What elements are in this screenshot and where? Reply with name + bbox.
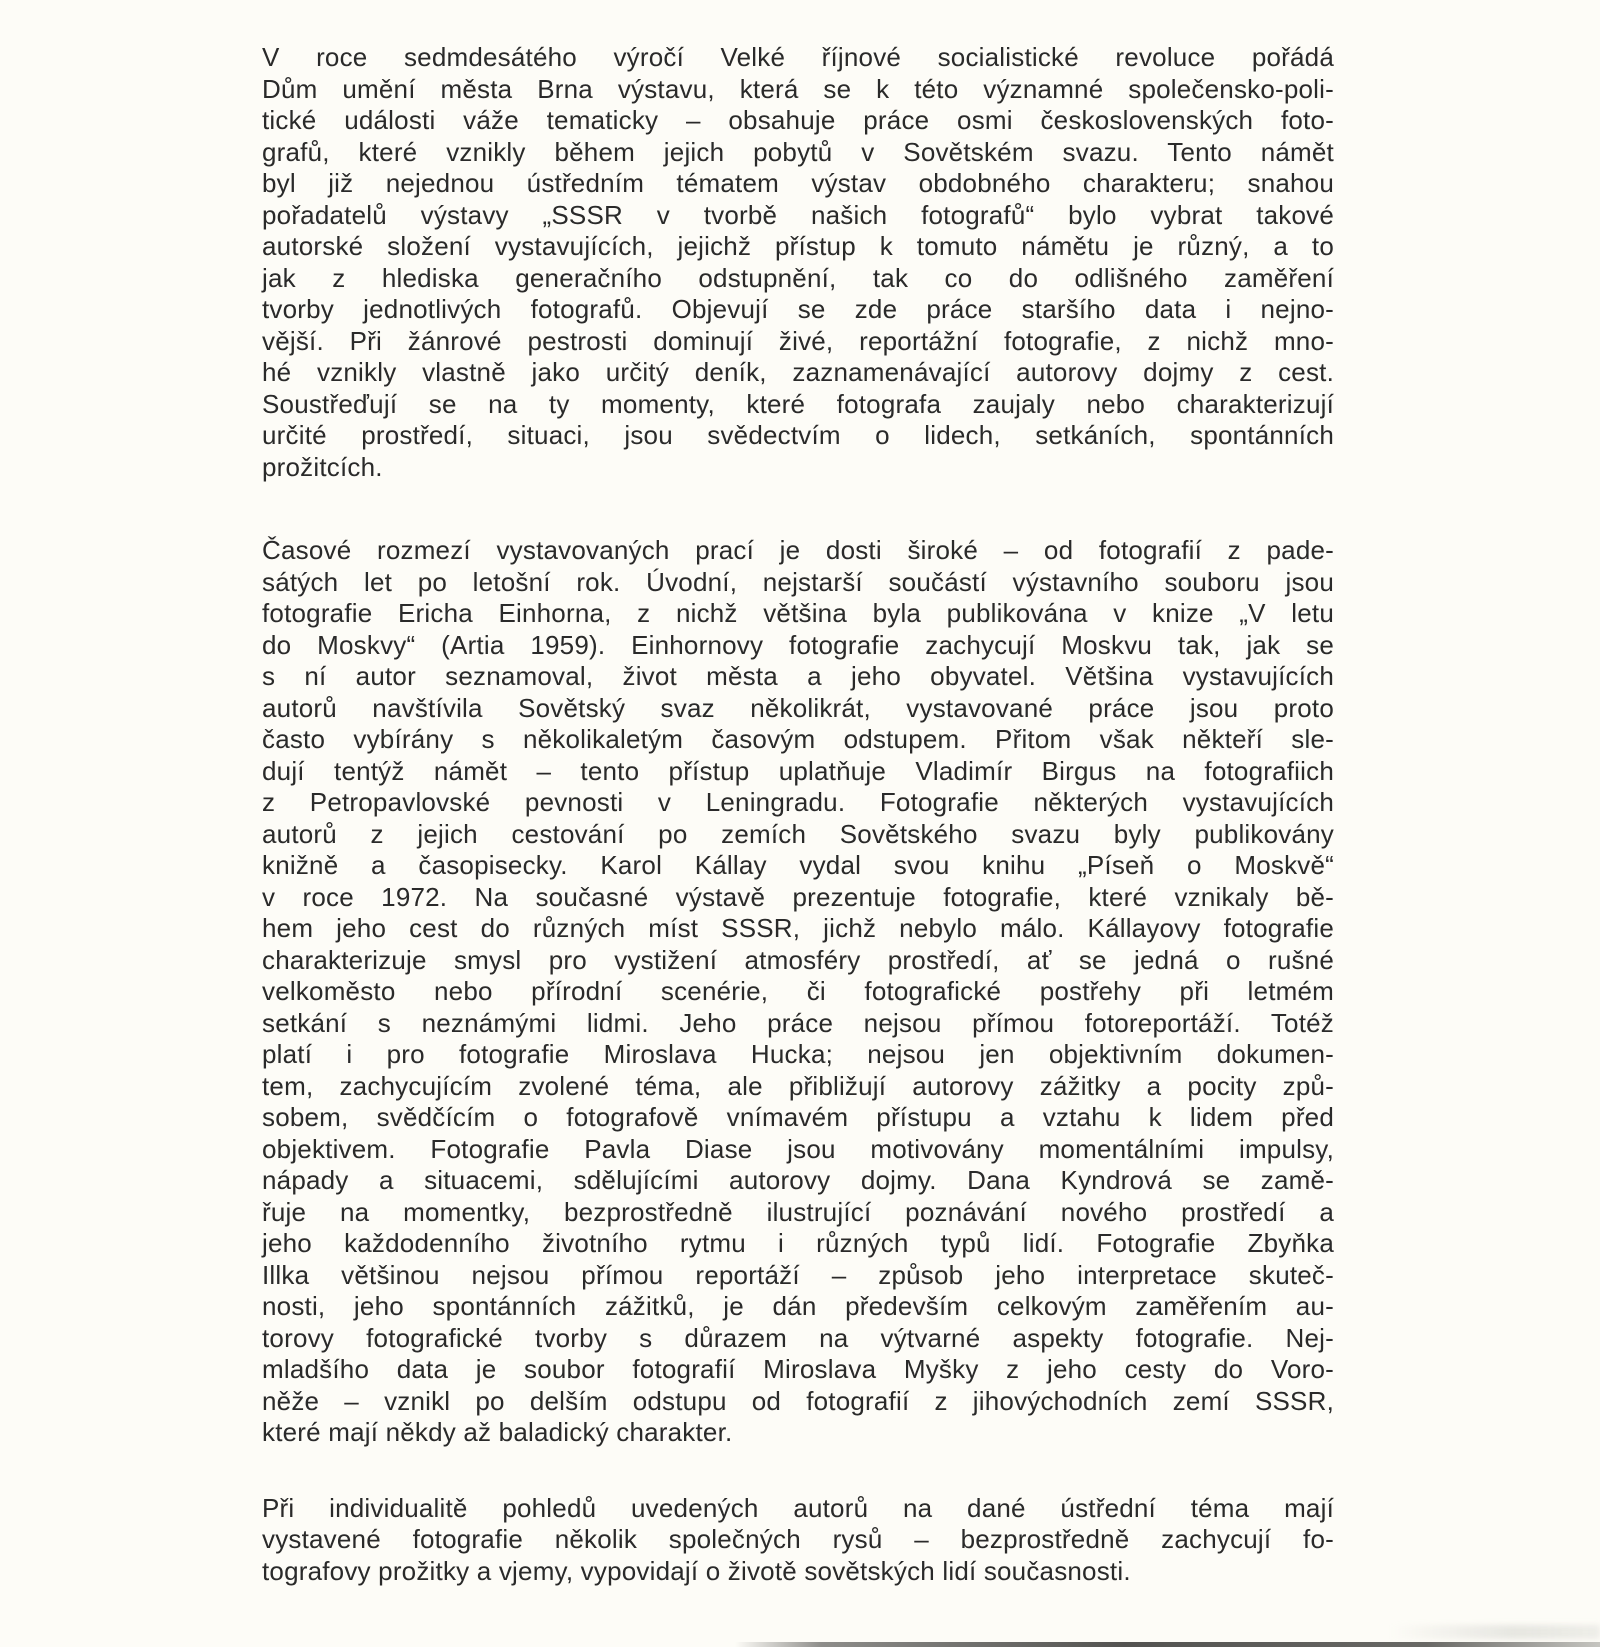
text-line: v roce 1972. Na současné výstavě prezent… xyxy=(262,882,1334,914)
text-line: které mají někdy až baladický charakter. xyxy=(262,1417,1334,1449)
scan-smudge xyxy=(1390,1625,1600,1639)
text-line: setkání s neznámými lidmi. Jeho práce ne… xyxy=(262,1008,1334,1040)
text-line: do Moskvy“ (Artia 1959). Einhornovy foto… xyxy=(262,630,1334,662)
text-line: pořadatelů výstavy „SSSR v tvorbě našich… xyxy=(262,200,1334,232)
text-line: V roce sedmdesátého výročí Velké říjnové… xyxy=(262,42,1334,74)
text-line: tické události váže tematicky – obsahuje… xyxy=(262,105,1334,137)
text-line: tvorby jednotlivých fotografů. Objevují … xyxy=(262,294,1334,326)
text-line: Dům umění města Brna výstavu, která se k… xyxy=(262,74,1334,106)
text-line: určité prostředí, situaci, jsou svědectv… xyxy=(262,420,1334,452)
text-line: Při individualitě pohledů uvedených auto… xyxy=(262,1493,1334,1525)
text-line: s ní autor seznamoval, život města a jeh… xyxy=(262,661,1334,693)
text-line: hé vznikly vlastně jako určitý deník, za… xyxy=(262,357,1334,389)
text-line: jak z hlediska generačního odstupnění, t… xyxy=(262,263,1334,295)
text-line: autorů navštívila Sovětský svaz několikr… xyxy=(262,693,1334,725)
text-line: tografovy prožitky a vjemy, vypovidají o… xyxy=(262,1556,1334,1588)
paragraph: Časové rozmezí vystavovaných prací je do… xyxy=(262,535,1334,1449)
text-line: torovy fotografické tvorby s důrazem na … xyxy=(262,1323,1334,1355)
text-line: často vybírány s několikaletým časovým o… xyxy=(262,724,1334,756)
text-line: nosti, jeho spontánních zážitků, je dán … xyxy=(262,1291,1334,1323)
text-line: objektivem. Fotografie Pavla Diase jsou … xyxy=(262,1134,1334,1166)
text-line: vystavené fotografie několik společných … xyxy=(262,1524,1334,1556)
text-line: autorské složení vystavujících, jejichž … xyxy=(262,231,1334,263)
text-line: dují tentýž námět – tento přístup uplatň… xyxy=(262,756,1334,788)
text-line: byl již nejednou ústředním tématem výsta… xyxy=(262,168,1334,200)
text-line: mladšího data je soubor fotografií Miros… xyxy=(262,1354,1334,1386)
text-line: Časové rozmezí vystavovaných prací je do… xyxy=(262,535,1334,567)
text-line: jeho každodenního životního rytmu i různ… xyxy=(262,1228,1334,1260)
text-line: něže – vznikl po delším odstupu od fotog… xyxy=(262,1386,1334,1418)
paragraph: V roce sedmdesátého výročí Velké říjnové… xyxy=(262,42,1334,483)
text-line: autorů z jejich cestování po zemích Sově… xyxy=(262,819,1334,851)
scan-edge-shadow xyxy=(735,1642,1600,1647)
text-line: fotografie Ericha Einhorna, z nichž větš… xyxy=(262,598,1334,630)
text-line: hem jeho cest do různých míst SSSR, jich… xyxy=(262,913,1334,945)
text-line: tem, zachycujícím zvolené téma, ale přib… xyxy=(262,1071,1334,1103)
text-line: platí i pro fotografie Miroslava Hucka; … xyxy=(262,1039,1334,1071)
text-line: Illka většinou nejsou přímou reportáží –… xyxy=(262,1260,1334,1292)
text-line: charakterizuje smysl pro vystižení atmos… xyxy=(262,945,1334,977)
text-line: nápady a situacemi, sdělujícími autorovy… xyxy=(262,1165,1334,1197)
text-line: z Petropavlovské pevnosti v Leningradu. … xyxy=(262,787,1334,819)
text-line: Soustřeďují se na ty momenty, které foto… xyxy=(262,389,1334,421)
document-text: V roce sedmdesátého výročí Velké říjnové… xyxy=(262,42,1334,1587)
scanned-page: V roce sedmdesátého výročí Velké říjnové… xyxy=(0,0,1600,1647)
text-line: řuje na momentky, bezprostředně ilustruj… xyxy=(262,1197,1334,1229)
text-line: sobem, svědčícím o fotografově vnímavém … xyxy=(262,1102,1334,1134)
text-line: knižně a časopisecky. Karol Kállay vydal… xyxy=(262,850,1334,882)
paragraph: Při individualitě pohledů uvedených auto… xyxy=(262,1493,1334,1588)
text-line: prožitcích. xyxy=(262,452,1334,484)
text-line: sátých let po letošní rok. Úvodní, nejst… xyxy=(262,567,1334,599)
text-line: velkoměsto nebo přírodní scenérie, či fo… xyxy=(262,976,1334,1008)
text-line: grafů, které vznikly během jejich pobytů… xyxy=(262,137,1334,169)
text-line: vější. Při žánrové pestrosti dominují ži… xyxy=(262,326,1334,358)
